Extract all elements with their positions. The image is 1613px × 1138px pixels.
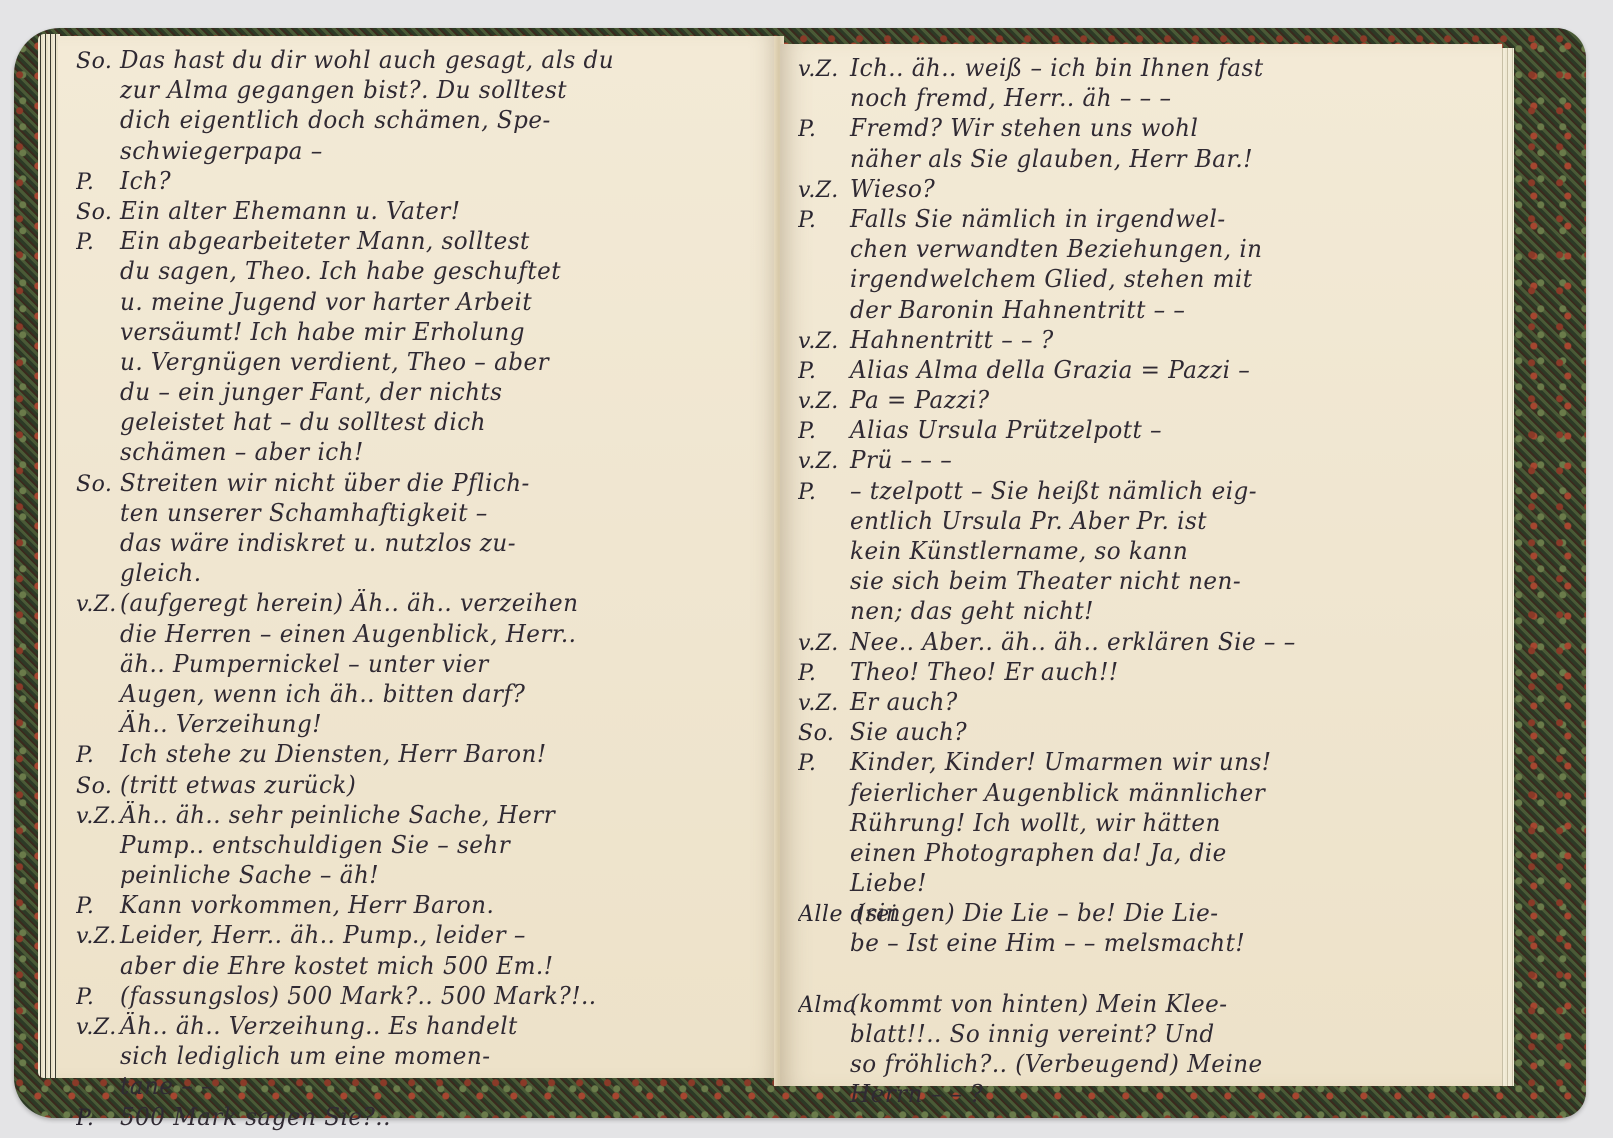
line-text: blatt!!.. So innig vereint? Und xyxy=(850,1020,1215,1048)
line-text: du – ein junger Fant, der nichts xyxy=(120,378,502,406)
line-text: chen verwandten Beziehungen, in xyxy=(850,235,1263,263)
speaker-label: P. xyxy=(798,117,850,142)
line-text: äh.. Pumpernickel – unter vier xyxy=(120,650,489,678)
line-text: Äh.. Verzeihung! xyxy=(120,710,322,738)
script-line: Äh.. Verzeihung! xyxy=(76,710,768,740)
script-line: schwiegerpapa – xyxy=(76,137,768,167)
line-text: Ein abgearbeiteter Mann, solltest xyxy=(120,227,530,255)
speaker-label: So. xyxy=(798,721,850,746)
script-line: sich lediglich um eine momen- xyxy=(76,1042,768,1072)
speaker-label: P. xyxy=(798,419,850,444)
line-text: Herrn – – ? xyxy=(850,1080,983,1108)
script-line: geleistet hat – du solltest dich xyxy=(76,408,768,438)
line-text: entlich Ursula Pr. Aber Pr. ist xyxy=(850,507,1207,535)
line-text: Ich stehe zu Diensten, Herr Baron! xyxy=(120,740,547,768)
line-text: Pa = Pazzi? xyxy=(850,386,990,414)
script-line: feierlicher Augenblick männlicher xyxy=(798,779,1492,809)
script-line: einen Photographen da! Ja, die xyxy=(798,839,1492,869)
line-text: schämen – aber ich! xyxy=(120,438,364,466)
speaker-label: Alma xyxy=(798,993,850,1018)
script-line: v.Z.Leider, Herr.. äh.. Pump., leider – xyxy=(76,921,768,951)
speaker-label: P. xyxy=(798,480,850,505)
script-line: du – ein junger Fant, der nichts xyxy=(76,378,768,408)
speaker-label: v.Z. xyxy=(798,57,850,82)
page-edges-right xyxy=(1500,48,1514,1086)
script-line: u. Vergnügen verdient, Theo – aber xyxy=(76,348,768,378)
line-text: die Herren – einen Augenblick, Herr.. xyxy=(120,620,576,648)
line-text: Ein alter Ehemann u. Vater! xyxy=(120,197,460,225)
script-line: P.(fassungslos) 500 Mark?.. 500 Mark?!.. xyxy=(76,982,768,1012)
script-line: entlich Ursula Pr. Aber Pr. ist xyxy=(798,507,1492,537)
speaker-label: P. xyxy=(798,661,850,686)
script-line: P.Ich stehe zu Diensten, Herr Baron! xyxy=(76,740,768,770)
line-text: Nee.. Aber.. äh.. äh.. erklären Sie – – xyxy=(850,628,1296,656)
line-text: irgendwelchem Glied, stehen mit xyxy=(850,265,1253,293)
script-line: näher als Sie glauben, Herr Bar.! xyxy=(798,145,1492,175)
line-text: Prü – – – xyxy=(850,446,952,474)
line-text: ten unserer Schamhaftigkeit – xyxy=(120,499,488,527)
speaker-label: P. xyxy=(76,170,120,195)
speaker-label: P. xyxy=(76,743,120,768)
script-line: P.500 Mark sagen Sie?.. xyxy=(76,1103,768,1133)
line-text: Streiten wir nicht über die Pflich- xyxy=(120,469,530,497)
script-line: noch fremd, Herr.. äh – – – xyxy=(798,84,1492,114)
line-text: schwiegerpapa – xyxy=(120,137,323,165)
script-line: P.Theo! Theo! Er auch!! xyxy=(798,658,1492,688)
script-line: v.Z.(aufgeregt herein) Äh.. äh.. verzeih… xyxy=(76,589,768,619)
line-text: (fassungslos) 500 Mark?.. 500 Mark?!.. xyxy=(120,982,597,1010)
line-text: Falls Sie nämlich in irgendwel- xyxy=(850,205,1226,233)
script-line: Rührung! Ich wollt, wir hätten xyxy=(798,809,1492,839)
script-line: Pump.. entschuldigen Sie – sehr xyxy=(76,831,768,861)
script-line: chen verwandten Beziehungen, in xyxy=(798,235,1492,265)
speaker-label: v.Z. xyxy=(798,449,850,474)
line-text: (tritt etwas zurück) xyxy=(120,771,356,799)
script-line: So.Ein alter Ehemann u. Vater! xyxy=(76,197,768,227)
script-line: Alma(kommt von hinten) Mein Klee- xyxy=(798,990,1492,1020)
script-line: v.Z.Wieso? xyxy=(798,175,1492,205)
line-text: der Baronin Hahnentritt – – xyxy=(850,296,1185,324)
script-line: ten unserer Schamhaftigkeit – xyxy=(76,499,768,529)
speaker-label: P. xyxy=(798,359,850,384)
script-line: blatt!!.. So innig vereint? Und xyxy=(798,1020,1492,1050)
line-text: gleich. xyxy=(120,559,202,587)
script-line: v.Z.Äh.. äh.. Verzeihung.. Es handelt xyxy=(76,1012,768,1042)
line-text: du sagen, Theo. Ich habe geschuftet xyxy=(120,257,561,285)
line-text: Alias Alma della Grazia = Pazzi – xyxy=(850,356,1250,384)
line-text: das wäre indiskret u. nutzlos zu- xyxy=(120,529,516,557)
line-text: – tzelpott – Sie heißt nämlich eig- xyxy=(850,477,1257,505)
line-text: Sie auch? xyxy=(850,718,967,746)
right-page: v.Z.Ich.. äh.. weiß – ich bin Ihnen fast… xyxy=(780,44,1502,1086)
speaker-label: So. xyxy=(76,774,120,799)
script-line: v.Z.Pa = Pazzi? xyxy=(798,386,1492,416)
script-line: P.Ein abgearbeiteter Mann, solltest xyxy=(76,227,768,257)
script-line: peinliche Sache – äh! xyxy=(76,861,768,891)
line-text: be – Ist eine Him – – melsmacht! xyxy=(850,929,1245,957)
script-line: du sagen, Theo. Ich habe geschuftet xyxy=(76,257,768,287)
line-text: sich lediglich um eine momen- xyxy=(120,1042,491,1070)
line-text: Ich? xyxy=(120,167,171,195)
speaker-label: P. xyxy=(798,751,850,776)
speaker-label: v.Z. xyxy=(76,592,120,617)
script-line: P.Kinder, Kinder! Umarmen wir uns! xyxy=(798,748,1492,778)
script-line: P.Fremd? Wir stehen uns wohl xyxy=(798,114,1492,144)
script-line: kein Künstlername, so kann xyxy=(798,537,1492,567)
script-line: dich eigentlich doch schämen, Spe- xyxy=(76,106,768,136)
line-text: kein Künstlername, so kann xyxy=(850,537,1188,565)
line-text: Hahnentritt – – ? xyxy=(850,326,1054,354)
script-line: tane – – xyxy=(76,1072,768,1102)
line-text: peinliche Sache – äh! xyxy=(120,861,379,889)
script-line: v.Z.Hahnentritt – – ? xyxy=(798,326,1492,356)
line-text: Alias Ursula Prützelpott – xyxy=(850,416,1162,444)
speaker-label: So. xyxy=(76,472,120,497)
script-line: äh.. Pumpernickel – unter vier xyxy=(76,650,768,680)
left-page-lines: So.Das hast du dir wohl auch gesagt, als… xyxy=(76,46,768,1133)
line-text: Rührung! Ich wollt, wir hätten xyxy=(850,809,1221,837)
script-line: die Herren – einen Augenblick, Herr.. xyxy=(76,620,768,650)
line-text: Theo! Theo! Er auch!! xyxy=(850,658,1119,686)
line-text: (kommt von hinten) Mein Klee- xyxy=(850,990,1228,1018)
line-text: näher als Sie glauben, Herr Bar.! xyxy=(850,145,1253,173)
line-text: Wieso? xyxy=(850,175,935,203)
script-line: aber die Ehre kostet mich 500 Em.! xyxy=(76,952,768,982)
script-line: v.Z.Äh.. äh.. sehr peinliche Sache, Herr xyxy=(76,801,768,831)
speaker-label: v.Z. xyxy=(798,389,850,414)
left-page: So.Das hast du dir wohl auch gesagt, als… xyxy=(58,36,778,1078)
script-line: der Baronin Hahnentritt – – xyxy=(798,296,1492,326)
line-text: Das hast du dir wohl auch gesagt, als du xyxy=(120,46,614,74)
line-text: (singen) Die Lie – be! Die Lie- xyxy=(856,899,1219,927)
right-page-lines: v.Z.Ich.. äh.. weiß – ich bin Ihnen fast… xyxy=(798,54,1492,1111)
script-line: So.Sie auch? xyxy=(798,718,1492,748)
script-line: nen; das geht nicht! xyxy=(798,597,1492,627)
script-line: zur Alma gegangen bist?. Du solltest xyxy=(76,76,768,106)
speaker-label: So. xyxy=(76,49,120,74)
line-text: einen Photographen da! Ja, die xyxy=(850,839,1227,867)
script-line: v.Z.Nee.. Aber.. äh.. äh.. erklären Sie … xyxy=(798,628,1492,658)
script-line: So.(tritt etwas zurück) xyxy=(76,771,768,801)
script-line: P.– tzelpott – Sie heißt nämlich eig- xyxy=(798,477,1492,507)
script-line: v.Z.Ich.. äh.. weiß – ich bin Ihnen fast xyxy=(798,54,1492,84)
script-line: irgendwelchem Glied, stehen mit xyxy=(798,265,1492,295)
speaker-label: v.Z. xyxy=(798,691,850,716)
line-text: Leider, Herr.. äh.. Pump., leider – xyxy=(120,921,526,949)
script-line: schämen – aber ich! xyxy=(76,438,768,468)
page-edges-left xyxy=(38,34,60,1078)
script-line: be – Ist eine Him – – melsmacht! xyxy=(798,929,1492,959)
script-line: Alle drei(singen) Die Lie – be! Die Lie- xyxy=(798,899,1492,929)
line-text: nen; das geht nicht! xyxy=(850,597,1094,625)
script-line: So.Das hast du dir wohl auch gesagt, als… xyxy=(76,46,768,76)
speaker-label: So. xyxy=(76,200,120,225)
line-text: Er auch? xyxy=(850,688,958,716)
line-text: u. Vergnügen verdient, Theo – aber xyxy=(120,348,549,376)
line-text: noch fremd, Herr.. äh – – – xyxy=(850,84,1171,112)
line-text: feierlicher Augenblick männlicher xyxy=(850,779,1265,807)
script-line: u. meine Jugend vor harter Arbeit xyxy=(76,288,768,318)
script-line: P.Kann vorkommen, Herr Baron. xyxy=(76,891,768,921)
line-text: aber die Ehre kostet mich 500 Em.! xyxy=(120,952,553,980)
line-text: 500 Mark sagen Sie?.. xyxy=(120,1103,391,1131)
speaker-label: P. xyxy=(798,208,850,233)
script-line: v.Z.Er auch? xyxy=(798,688,1492,718)
speaker-label: v.Z. xyxy=(798,178,850,203)
line-text: Liebe! xyxy=(850,869,927,897)
script-line: sie sich beim Theater nicht nen- xyxy=(798,567,1492,597)
line-text: (aufgeregt herein) Äh.. äh.. verzeihen xyxy=(120,589,578,617)
line-text: Pump.. entschuldigen Sie – sehr xyxy=(120,831,510,859)
script-line: P.Ich? xyxy=(76,167,768,197)
script-line: P.Alias Ursula Prützelpott – xyxy=(798,416,1492,446)
script-line: Augen, wenn ich äh.. bitten darf? xyxy=(76,680,768,710)
speaker-label: v.Z. xyxy=(798,631,850,656)
speaker-label: P. xyxy=(76,230,120,255)
script-line: versäumt! Ich habe mir Erholung xyxy=(76,318,768,348)
script-line: P.Falls Sie nämlich in irgendwel- xyxy=(798,205,1492,235)
line-text: Kinder, Kinder! Umarmen wir uns! xyxy=(850,748,1272,776)
script-line: So.Streiten wir nicht über die Pflich- xyxy=(76,469,768,499)
line-text: Äh.. äh.. Verzeihung.. Es handelt xyxy=(120,1012,518,1040)
line-text: so fröhlich?.. (Verbeugend) Meine xyxy=(850,1050,1263,1078)
line-text: zur Alma gegangen bist?. Du solltest xyxy=(120,76,567,104)
script-line: v.Z.Prü – – – xyxy=(798,446,1492,476)
line-text: Kann vorkommen, Herr Baron. xyxy=(120,891,494,919)
speaker-label: v.Z. xyxy=(76,1015,120,1040)
line-text: Äh.. äh.. sehr peinliche Sache, Herr xyxy=(120,801,555,829)
line-text: Fremd? Wir stehen uns wohl xyxy=(850,114,1198,142)
line-text: Augen, wenn ich äh.. bitten darf? xyxy=(120,680,525,708)
script-line: so fröhlich?.. (Verbeugend) Meine xyxy=(798,1050,1492,1080)
script-line: Herrn – – ? xyxy=(798,1080,1492,1110)
line-text: Ich.. äh.. weiß – ich bin Ihnen fast xyxy=(850,54,1264,82)
speaker-label: v.Z. xyxy=(76,804,120,829)
line-text: sie sich beim Theater nicht nen- xyxy=(850,567,1241,595)
script-line: gleich. xyxy=(76,559,768,589)
script-line xyxy=(798,960,1492,990)
line-text: geleistet hat – du solltest dich xyxy=(120,408,486,436)
line-text: tane – – xyxy=(120,1072,213,1100)
line-text: versäumt! Ich habe mir Erholung xyxy=(120,318,525,346)
script-line: Liebe! xyxy=(798,869,1492,899)
speaker-label: P. xyxy=(76,1106,120,1131)
script-line: das wäre indiskret u. nutzlos zu- xyxy=(76,529,768,559)
speaker-label: P. xyxy=(76,894,120,919)
line-text: dich eigentlich doch schämen, Spe- xyxy=(120,106,551,134)
speaker-label: P. xyxy=(76,985,120,1010)
line-text: u. meine Jugend vor harter Arbeit xyxy=(120,288,532,316)
speaker-label: Alle drei xyxy=(798,902,850,927)
speaker-label: v.Z. xyxy=(798,329,850,354)
speaker-label: v.Z. xyxy=(76,924,120,949)
script-line: P.Alias Alma della Grazia = Pazzi – xyxy=(798,356,1492,386)
